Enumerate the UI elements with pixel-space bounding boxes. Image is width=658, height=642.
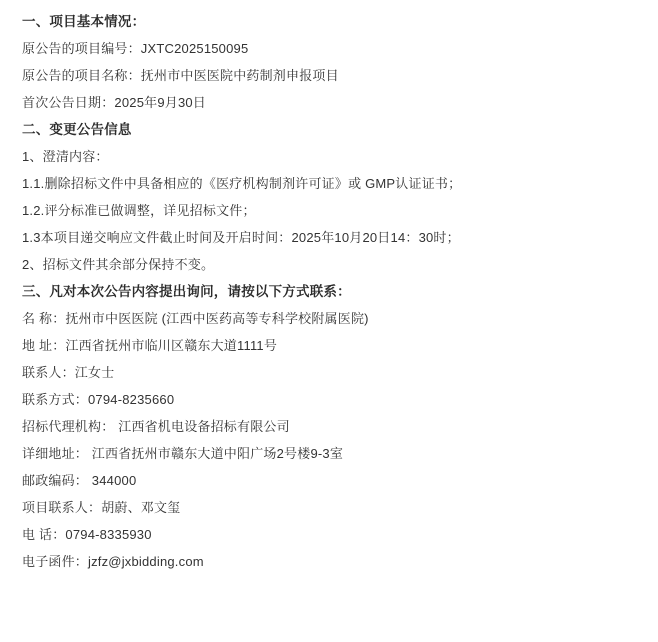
clarification-item-1-1-line: 1.1.删除招标文件中具备相应的《医疗机构制剂许可证》或 GMP认证证书； <box>22 170 640 197</box>
clarification-item-1-2-line: 1.2.评分标准已做调整，详见招标文件； <box>22 197 640 224</box>
original-project-number-line: 原公告的项目编号：JXTC2025150095 <box>22 35 640 62</box>
clarification-item-1-3-line: 1.3本项目递交响应文件截止时间及开启时间：2025年10月20日14：30时； <box>22 224 640 251</box>
clarification-item-line: 1、澄清内容： <box>22 143 640 170</box>
agency-line: 招标代理机构： 江西省机电设备招标有限公司 <box>22 413 640 440</box>
first-announcement-date-line: 首次公告日期：2025年9月30日 <box>22 89 640 116</box>
contact-name-line: 名 称：抚州市中医医院 (江西中医药高等专科学校附属医院) <box>22 305 640 332</box>
unchanged-parts-line: 2、招标文件其余部分保持不变。 <box>22 251 640 278</box>
agency-address-line: 详细地址： 江西省抚州市赣东大道中阳广场2号楼9-3室 <box>22 440 640 467</box>
postal-code-line: 邮政编码： 344000 <box>22 467 640 494</box>
section-basic-info-heading: 一、项目基本情况： <box>22 8 640 35</box>
contact-address-line: 地 址：江西省抚州市临川区赣东大道1111号 <box>22 332 640 359</box>
announcement-document: 一、项目基本情况： 原公告的项目编号：JXTC2025150095 原公告的项目… <box>0 0 658 575</box>
email-line: 电子函件：jzfz@jxbidding.com <box>22 548 640 575</box>
phone-line: 电 话：0794-8335930 <box>22 521 640 548</box>
original-project-name-line: 原公告的项目名称：抚州市中医医院中药制剂申报项目 <box>22 62 640 89</box>
contact-person-line: 联系人：江女士 <box>22 359 640 386</box>
project-contacts-line: 项目联系人：胡蔚、邓文玺 <box>22 494 640 521</box>
contact-method-line: 联系方式：0794-8235660 <box>22 386 640 413</box>
section-contact-heading: 三、凡对本次公告内容提出询问，请按以下方式联系： <box>22 278 640 305</box>
section-change-info-heading: 二、变更公告信息 <box>22 116 640 143</box>
